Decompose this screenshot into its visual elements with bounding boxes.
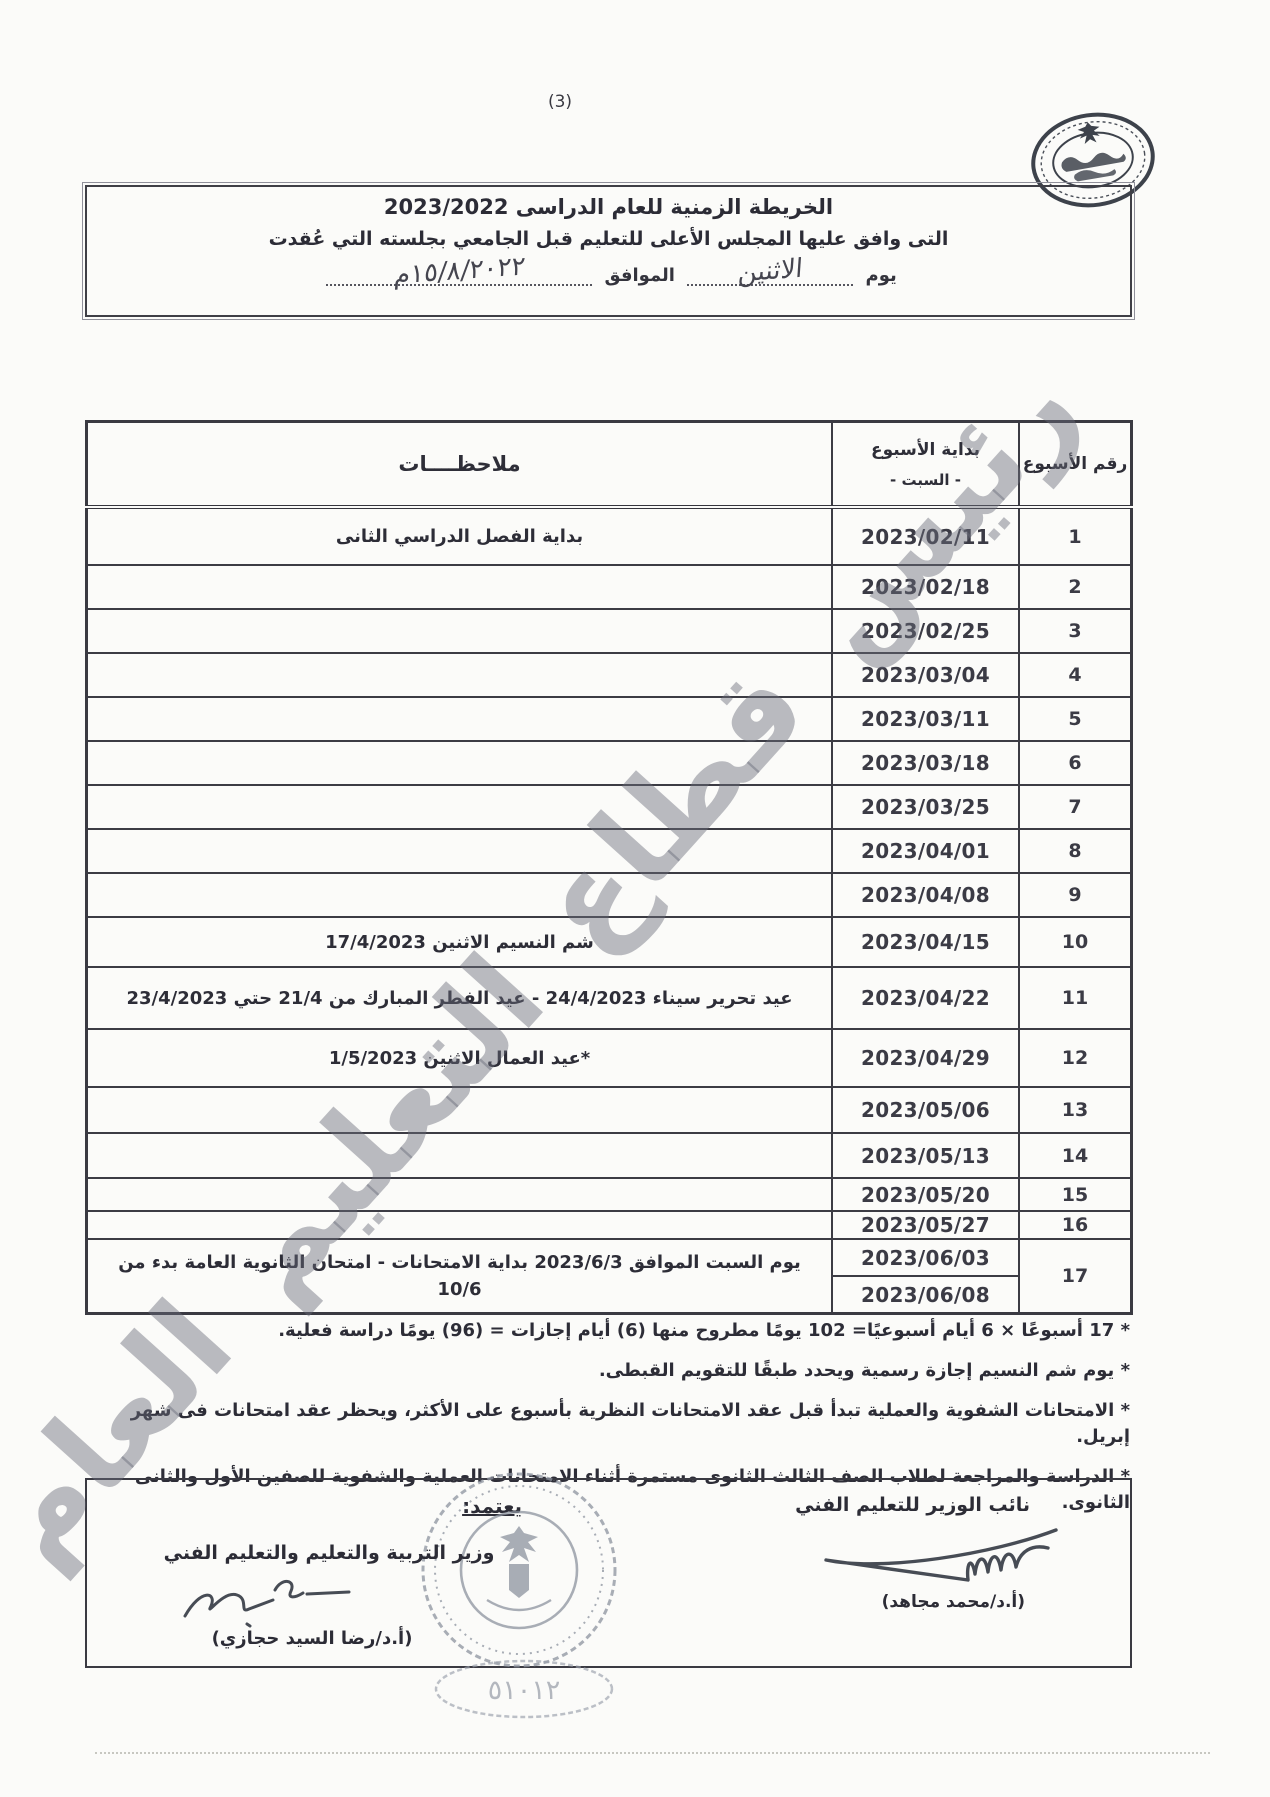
week-start-date-cell: 2023/04/15 (832, 917, 1019, 967)
document-subtitle: التى وافق عليها المجلس الأعلى للتعليم قب… (87, 228, 1130, 250)
week-number-header: رقم الأسبوع (1019, 422, 1132, 508)
week-start-date-cell: 2023/04/01 (832, 829, 1019, 873)
minister-signature-icon (177, 1572, 362, 1630)
week-number-cell: 6 (1019, 741, 1132, 785)
footnote: * يوم شم النسيم إجازة رسمية ويحدد طبقًا … (95, 1358, 1130, 1384)
week-start-header: بداية الأسبوع - السبت - (832, 422, 1019, 508)
deputy-minister-title: نائب الوزير للتعليم الفني (795, 1494, 1030, 1516)
table-row: 102023/04/15شم النسيم الاثنين 17/4/2023 (87, 917, 1132, 967)
handwritten-day-slot: الاثنين (687, 258, 853, 286)
stamp-number-oval-icon: ٥١٠١٢ (432, 1658, 617, 1720)
week-start-date-cell: 2023/05/13 (832, 1133, 1019, 1178)
week-number-cell: 7 (1019, 785, 1132, 829)
note-cell (87, 1211, 833, 1239)
week-number-cell: 14 (1019, 1133, 1132, 1178)
document-title: الخريطة الزمنية للعام الدراسى 2023/2022 (87, 195, 1130, 219)
week-start-date-cell: 2023/02/25 (832, 609, 1019, 653)
table-row: 32023/02/25 (87, 609, 1132, 653)
week-number-cell: 15 (1019, 1178, 1132, 1211)
scanned-document-page: (3) الخريطة الزمنية للعام الدراسى 2023/2… (0, 0, 1270, 1797)
deputy-minister-name: (أ.د/محمد مجاهد) (882, 1592, 1025, 1612)
day-label: يوم (866, 265, 897, 286)
session-date-line: يوم الاثنين الموافق ١٥/٨/٢٠٢٢م (87, 258, 1130, 286)
week-start-date-cell: 2023/04/29 (832, 1029, 1019, 1087)
document-header: الخريطة الزمنية للعام الدراسى 2023/2022 … (85, 185, 1132, 317)
table-row: 142023/05/13 (87, 1133, 1132, 1178)
week-number-cell: 1 (1019, 507, 1132, 565)
note-cell (87, 565, 833, 609)
footnote: * 17 أسبوعًا × 6 أيام أسبوعيًا= 102 يومً… (95, 1318, 1130, 1344)
note-cell (87, 741, 833, 785)
note-cell (87, 873, 833, 917)
note-cell (87, 785, 833, 829)
handwritten-date-slot: ١٥/٨/٢٠٢٢م (326, 258, 592, 286)
week-start-header-line2: - السبت - (834, 466, 1017, 495)
table-row: 22023/02/18 (87, 565, 1132, 609)
note-cell (87, 1178, 833, 1211)
stamp-number: ٥١٠١٢ (488, 1675, 561, 1706)
note-cell: عيد تحرير سيناء 24/4/2023 - عيد الفطر ال… (87, 967, 833, 1029)
week-start-date-cell: 2023/05/06 (832, 1087, 1019, 1133)
table-row: 132023/05/06 (87, 1087, 1132, 1133)
deputy-signature-icon (808, 1520, 1068, 1586)
table-row: 172023/06/032023/06/08يوم السبت الموافق … (87, 1239, 1132, 1314)
calendar-table-body: 12023/02/11بداية الفصل الدراسي الثانى220… (87, 507, 1132, 1314)
note-cell (87, 1133, 833, 1178)
week-start-date-cell: 2023/02/18 (832, 565, 1019, 609)
week-start-date: 2023/06/08 (833, 1277, 1018, 1312)
week-start-date-cell: 2023/06/032023/06/08 (832, 1239, 1019, 1314)
week-number-cell: 11 (1019, 967, 1132, 1029)
week-number-cell: 10 (1019, 917, 1132, 967)
table-row: 82023/04/01 (87, 829, 1132, 873)
table-row: 122023/04/29*عيد العمال الاثنين 1/5/2023 (87, 1029, 1132, 1087)
minister-title: وزير التربية والتعليم والتعليم الفني (149, 1542, 509, 1564)
table-row: 112023/04/22عيد تحرير سيناء 24/4/2023 - … (87, 967, 1132, 1029)
notes-header: ملاحظــــات (87, 422, 833, 508)
table-row: 62023/03/18 (87, 741, 1132, 785)
note-cell: شم النسيم الاثنين 17/4/2023 (87, 917, 833, 967)
signature-block: نائب الوزير للتعليم الفني (أ.د/محمد مجاه… (85, 1478, 1132, 1668)
note-cell: بداية الفصل الدراسي الثانى (87, 507, 833, 565)
week-start-date-cell: 2023/03/25 (832, 785, 1019, 829)
handwritten-date: ١٥/٨/٢٠٢٢م (393, 253, 526, 288)
week-number-cell: 2 (1019, 565, 1132, 609)
week-number-cell: 16 (1019, 1211, 1132, 1239)
note-cell (87, 1087, 833, 1133)
week-start-date-cell: 2023/05/27 (832, 1211, 1019, 1239)
week-start-date-cell: 2023/02/11 (832, 507, 1019, 565)
week-number-cell: 13 (1019, 1087, 1132, 1133)
note-cell (87, 653, 833, 697)
calendar-table: رقم الأسبوع بداية الأسبوع - السبت - ملاح… (85, 420, 1133, 1315)
week-start-date-cell: 2023/03/11 (832, 697, 1019, 741)
week-start-date-cell: 2023/03/04 (832, 653, 1019, 697)
week-number-cell: 4 (1019, 653, 1132, 697)
table-row: 92023/04/08 (87, 873, 1132, 917)
note-cell: يوم السبت الموافق 2023/6/3 بداية الامتحا… (87, 1239, 833, 1314)
week-number-cell: 17 (1019, 1239, 1132, 1314)
week-start-date-cell: 2023/04/08 (832, 873, 1019, 917)
week-start-date-cell: 2023/03/18 (832, 741, 1019, 785)
minister-name: (أ.د/رضا السيد حجازي) (167, 1628, 457, 1649)
week-number-cell: 12 (1019, 1029, 1132, 1087)
handwritten-day: الاثنين (737, 256, 803, 287)
table-row: 42023/03/04 (87, 653, 1132, 697)
note-cell: *عيد العمال الاثنين 1/5/2023 (87, 1029, 833, 1087)
week-number-cell: 9 (1019, 873, 1132, 917)
note-cell (87, 697, 833, 741)
scan-artifact-line (95, 1752, 1210, 1754)
corresponding-label: الموافق (605, 265, 675, 286)
week-number-cell: 5 (1019, 697, 1132, 741)
note-cell (87, 829, 833, 873)
week-number-cell: 3 (1019, 609, 1132, 653)
calendar-table-container: رقم الأسبوع بداية الأسبوع - السبت - ملاح… (85, 420, 1133, 1315)
note-cell (87, 609, 833, 653)
week-number-cell: 8 (1019, 829, 1132, 873)
table-header-row: رقم الأسبوع بداية الأسبوع - السبت - ملاح… (87, 422, 1132, 508)
table-row: 152023/05/20 (87, 1178, 1132, 1211)
page-number: (3) (520, 92, 600, 112)
footnote: * الامتحانات الشفوية والعملية تبدأ قبل ع… (95, 1398, 1130, 1450)
week-start-date-cell: 2023/05/20 (832, 1178, 1019, 1211)
table-row: 52023/03/11 (87, 697, 1132, 741)
table-row: 12023/02/11بداية الفصل الدراسي الثانى (87, 507, 1132, 565)
table-row: 72023/03/25 (87, 785, 1132, 829)
week-start-date-cell: 2023/04/22 (832, 967, 1019, 1029)
week-start-header-line1: بداية الأسبوع (834, 434, 1017, 466)
table-row: 162023/05/27 (87, 1211, 1132, 1239)
week-start-date: 2023/06/03 (833, 1240, 1018, 1277)
